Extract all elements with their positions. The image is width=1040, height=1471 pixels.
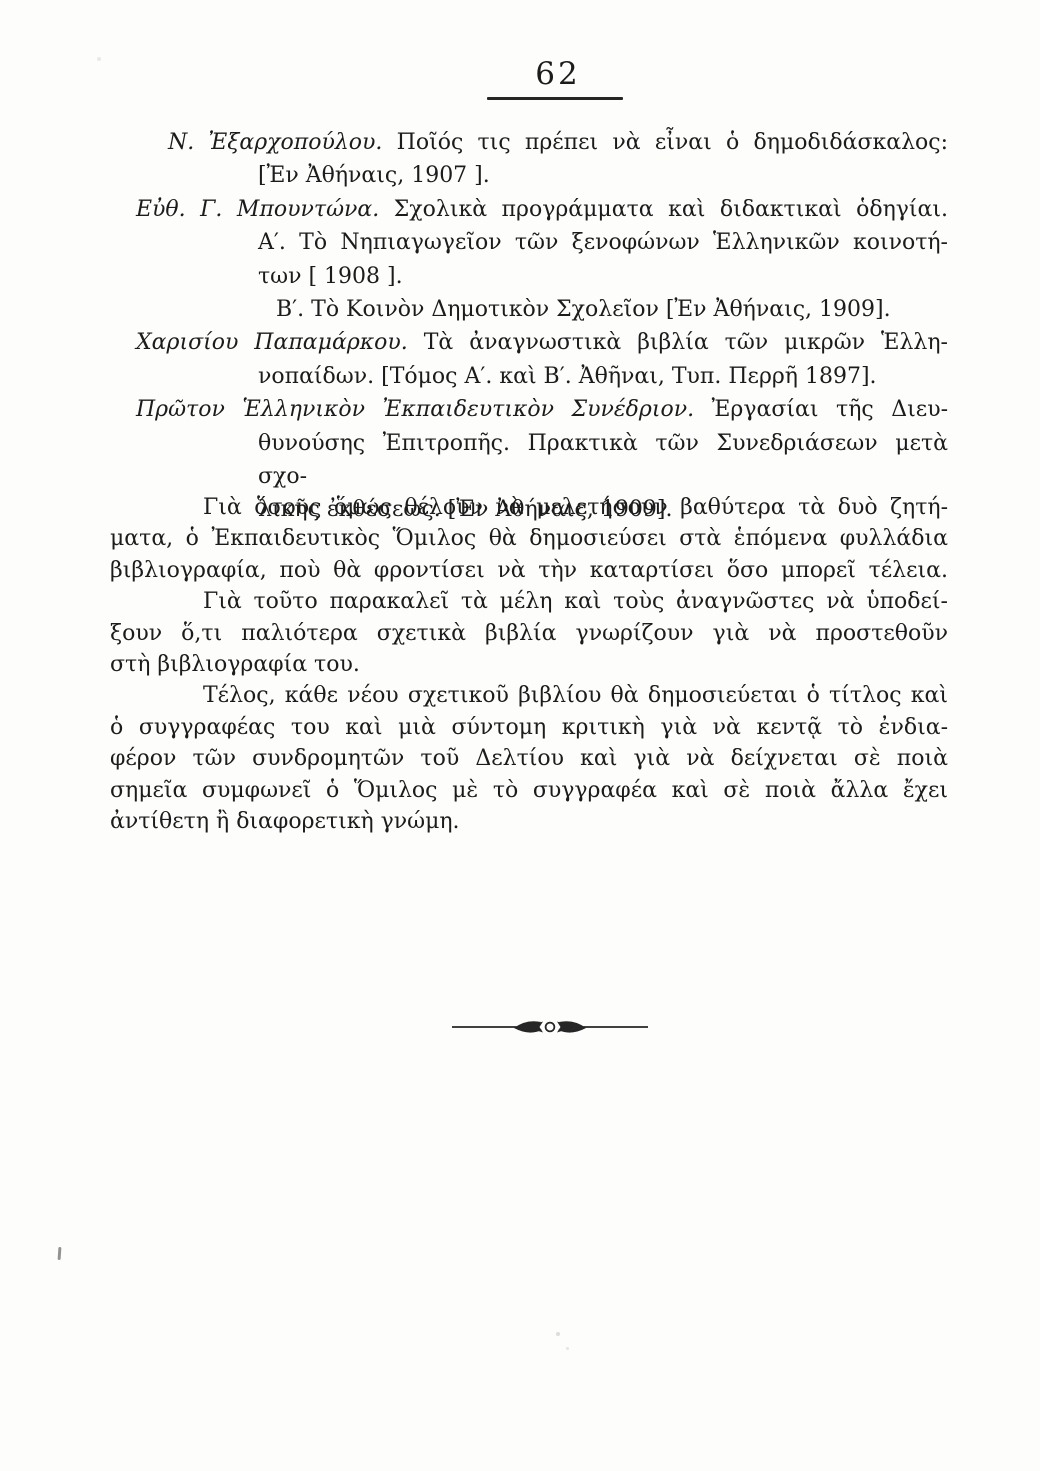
bibliography-block: Ν. Ἐξαρχοπούλου. Ποῖός τις πρέπει νὰ εἶν… — [110, 126, 948, 527]
line-text: Σχολικὰ προγράμματα καὶ διδακτικαὶ ὁδηγί… — [379, 197, 948, 222]
body-text-line: ματα, ὁ Ἐκπαιδευτικὸς Ὅμιλος θὰ δημοσιεύ… — [110, 523, 948, 554]
line-text: σημεῖα συμφωνεῖ ὁ Ὅμιλος μὲ τὸ συγγραφέα… — [110, 778, 948, 803]
bib-entry-line: των [ 1908 ]. — [110, 260, 948, 293]
bib-entry-line: Α′. Τὸ Νηπιαγωγεῖον τῶν ξενοφώνων Ἑλληνι… — [110, 226, 948, 259]
body-text-block: Γιὰ ὅσους ὅμως θέλουν νὰ μελετήσουν βαθύ… — [110, 492, 948, 837]
line-text: ματα, ὁ Ἐκπαιδευτικὸς Ὅμιλος θὰ δημοσιεύ… — [110, 526, 948, 551]
line-text: Γιὰ τοῦτο παρακαλεῖ τὰ μέλη καὶ τοὺς ἀνα… — [203, 589, 948, 614]
line-text: [Ἐν Ἀθήναις, 1907 ]. — [258, 163, 490, 188]
scan-artifact — [556, 1332, 560, 1336]
author-name: Ν. Ἐξαρχοπούλου. — [168, 130, 382, 155]
page-number: 62 — [78, 56, 1038, 92]
body-text-line: φέρον τῶν συνδρομητῶν τοῦ Δελτίου καὶ γι… — [110, 743, 948, 774]
bib-entry-line: θυνούσης Ἐπιτροπῆς. Πρακτικὰ τῶν Συνεδρι… — [110, 427, 948, 494]
bib-entry-line: Εὐθ. Γ. Μπουντώνα. Σχολικὰ προγράμματα κ… — [110, 193, 948, 226]
body-text-line: ὁ συγγραφέας του καὶ μιὰ σύντομη κριτικὴ… — [110, 712, 948, 743]
line-text: ξουν ὅ,τι παλιότερα σχετικὰ βιβλία γνωρί… — [110, 621, 948, 646]
line-text: των [ 1908 ]. — [258, 264, 403, 289]
body-text-line: ἀντίθετη ἢ διαφορετικὴ γνώμη. — [110, 806, 948, 837]
line-text: νοπαίδων. [Τόμος Α′. καὶ Β′. Ἀθῆναι, Τυπ… — [258, 364, 877, 389]
body-text-line: Γιὰ ὅσους ὅμως θέλουν νὰ μελετήσουν βαθύ… — [110, 492, 948, 523]
author-name: Πρῶτον Ἑλληνικὸν Ἐκπαιδευτικὸν Συνέδριον… — [136, 397, 694, 422]
bib-entry-line: Χαρισίου Παπαμάρκου. Τὰ ἀναγνωστικὰ βιβλ… — [110, 326, 948, 359]
line-text: φέρον τῶν συνδρομητῶν τοῦ Δελτίου καὶ γι… — [110, 746, 948, 771]
line-text: Α′. Τὸ Νηπιαγωγεῖον τῶν ξενοφώνων Ἑλληνι… — [258, 230, 948, 255]
line-text: Ποῖός τις πρέπει νὰ εἶναι ὁ δημοδιδάσκαλ… — [382, 130, 948, 155]
line-text: ἀντίθετη ἢ διαφορετικὴ γνώμη. — [110, 809, 460, 834]
line-text: Ἐργασίαι τῆς Διευ- — [694, 397, 948, 422]
body-text-line: Τέλος, κάθε νέου σχετικοῦ βιβλίου θὰ δημ… — [110, 680, 948, 711]
line-text: Γιὰ ὅσους ὅμως θέλουν νὰ μελετήσουν βαθύ… — [203, 495, 948, 520]
bib-entry-line: Ν. Ἐξαρχοπούλου. Ποῖός τις πρέπει νὰ εἶν… — [110, 126, 948, 159]
page-number-rule — [487, 97, 623, 100]
scan-artifact — [566, 1347, 569, 1350]
bib-entry-line: [Ἐν Ἀθήναις, 1907 ]. — [110, 159, 948, 192]
body-text-line: βιβλιογραφία, ποὺ θὰ φροντίσει νὰ τὴν κα… — [110, 555, 948, 586]
scan-artifact — [97, 57, 101, 61]
bib-entry-line: Πρῶτον Ἑλληνικὸν Ἐκπαιδευτικὸν Συνέδριον… — [110, 393, 948, 426]
line-text: Β′. Τὸ Κοινὸν Δημοτικὸν Σχολεῖον [Ἐν Ἀθή… — [276, 297, 891, 322]
line-text: θυνούσης Ἐπιτροπῆς. Πρακτικὰ τῶν Συνεδρι… — [258, 431, 948, 489]
line-text: βιβλιογραφία, ποὺ θὰ φροντίσει νὰ τὴν κα… — [110, 558, 948, 583]
body-text-line: ξουν ὅ,τι παλιότερα σχετικὰ βιβλία γνωρί… — [110, 618, 948, 649]
line-text: Τὰ ἀναγνωστικὰ βιβλία τῶν μικρῶν Ἑλλη- — [408, 330, 948, 355]
bib-entry-line: νοπαίδων. [Τόμος Α′. καὶ Β′. Ἀθῆναι, Τυπ… — [110, 360, 948, 393]
line-text: στὴ βιβλιογραφία του. — [110, 652, 360, 677]
ribbon-ornament-icon — [452, 1016, 648, 1038]
scanned-book-page: 62 Ν. Ἐξαρχοπούλου. Ποῖός τις πρέπει νὰ … — [0, 0, 1040, 1471]
body-text-line: στὴ βιβλιογραφία του. — [110, 649, 948, 680]
body-text-line: σημεῖα συμφωνεῖ ὁ Ὅμιλος μὲ τὸ συγγραφέα… — [110, 775, 948, 806]
scan-artifact — [58, 1247, 62, 1260]
section-divider — [452, 1016, 648, 1038]
line-text: Τέλος, κάθε νέου σχετικοῦ βιβλίου θὰ δημ… — [203, 683, 948, 708]
author-name: Χαρισίου Παπαμάρκου. — [136, 330, 408, 355]
body-text-line: Γιὰ τοῦτο παρακαλεῖ τὰ μέλη καὶ τοὺς ἀνα… — [110, 586, 948, 617]
author-name: Εὐθ. Γ. Μπουντώνα. — [136, 197, 379, 222]
bib-entry-line: Β′. Τὸ Κοινὸν Δημοτικὸν Σχολεῖον [Ἐν Ἀθή… — [110, 293, 948, 326]
line-text: ὁ συγγραφέας του καὶ μιὰ σύντομη κριτικὴ… — [110, 715, 948, 740]
